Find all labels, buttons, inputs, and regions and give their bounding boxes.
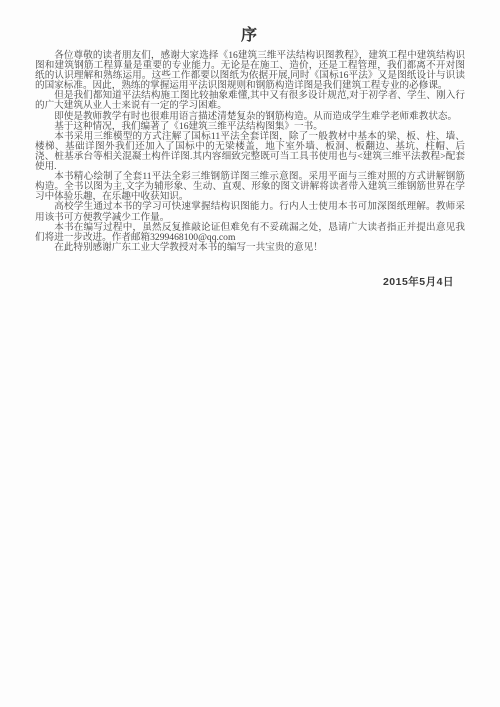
preface-body: 各位尊敬的读者朋友们，感谢大家选择《16建筑三维平法结构识图教程》，建筑工程中建… [35, 51, 465, 253]
paragraph: 高校学生通过本书的学习可快速掌握结构识图能力。行内人士使用本书可加深图纸理解。教… [35, 202, 465, 222]
paragraph: 在此特别感谢广东工业大学教授对本书的编写一共宝贵的意见！ [35, 243, 465, 253]
page-title: 序 [0, 0, 500, 45]
paragraph: 但是我们都知道平法结构施工图比较抽象难懂,其中又有很多设计规范,对于初学者、学生… [35, 91, 465, 111]
paragraph: 各位尊敬的读者朋友们，感谢大家选择《16建筑三维平法结构识图教程》，建筑工程中建… [35, 51, 465, 91]
paragraph: 本书采用三维模型的方式注解了国标11平法全套详图，除了一般教材中基本的梁、板、柱… [35, 132, 465, 172]
paragraph: 本书在编写过程中，虽然反复推敲论证但难免有不妥疏漏之处，恳请广大读者指正并提出意… [35, 223, 465, 243]
preface-page: 序 各位尊敬的读者朋友们，感谢大家选择《16建筑三维平法结构识图教程》，建筑工程… [0, 0, 500, 707]
date-line: 2015年5月4日 [0, 274, 454, 289]
paragraph: 本书精心绘制了全套11平法全彩三维钢筋详图三维示意图。采用平面与三维对照的方式讲… [35, 172, 465, 202]
